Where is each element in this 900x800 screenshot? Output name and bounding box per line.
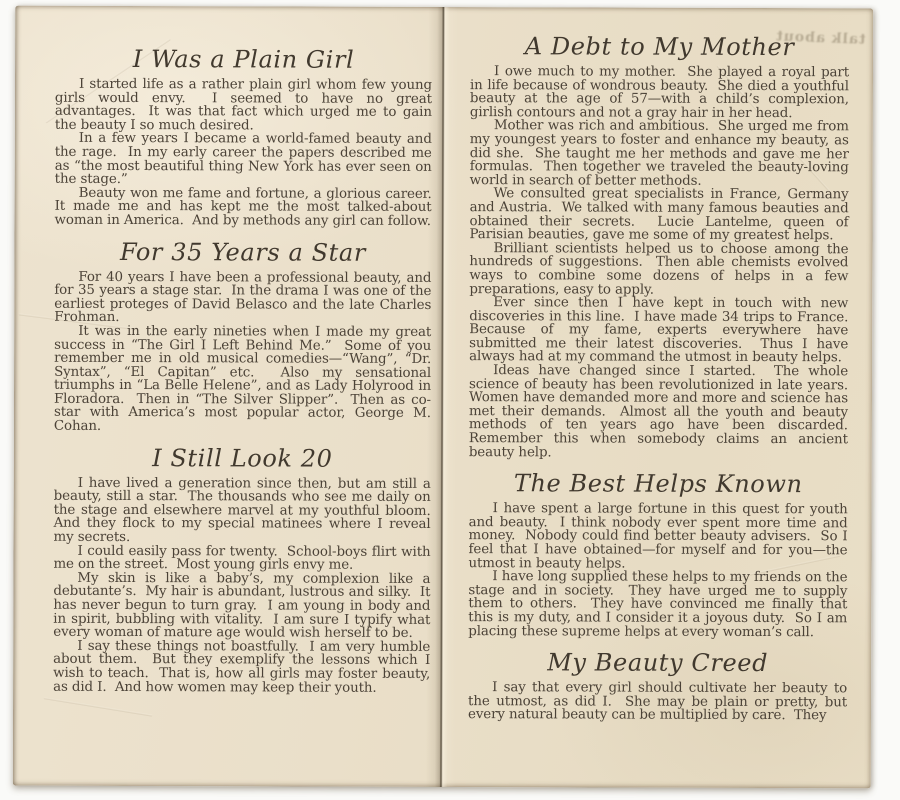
paragraph: I owe much to my mother. She played a ro… (470, 65, 849, 121)
scanned-booklet: I Was a Plain Girl I started life as a r… (0, 0, 900, 800)
section-heading: For 35 Years a Star (54, 236, 431, 267)
page-left: I Was a Plain Girl I started life as a r… (13, 6, 444, 787)
paragraph: Beauty won me fame and fortune, a glorio… (55, 187, 432, 229)
paragraph: Brilliant scientists helped us to choose… (469, 242, 848, 298)
paragraph: Mother was rich and ambitious. She urged… (470, 119, 849, 188)
section-heading: I Was a Plain Girl (55, 44, 432, 75)
section-heading: I Still Look 20 (54, 442, 431, 473)
bleed-through-text: talk about (775, 28, 866, 47)
section-heading: The Best Helps Known (469, 468, 848, 499)
paragraph: My skin is like a baby’s, my complexion … (53, 572, 430, 641)
paragraph: I could easily pass for twenty. School-b… (53, 544, 430, 572)
paragraph: I say these things not boastfully. I am … (53, 640, 430, 696)
paragraph: For 40 years I have been a professional … (54, 270, 431, 326)
paragraph: Ever since then I have kept in touch wit… (469, 296, 848, 365)
booklet-spread: I Was a Plain Girl I started life as a r… (13, 6, 873, 789)
section-heading: My Beauty Creed (468, 647, 847, 678)
paragraph: In a few years I became a world-famed be… (55, 132, 432, 188)
paragraph: I have spent a large fortune in this que… (468, 502, 847, 571)
booklet-paper: I Was a Plain Girl I started life as a r… (13, 6, 873, 789)
paragraph: Ideas have changed since I started. The … (469, 364, 848, 460)
paragraph: I say that every girl should cultivate h… (468, 681, 847, 723)
paragraph: I have lived a generation since then, bu… (54, 476, 431, 545)
paragraph: It was in the early nineties when I made… (54, 325, 431, 435)
paragraph: I have long supplied these helps to my f… (468, 570, 847, 639)
paragraph: We consulted great specialists in France… (469, 187, 848, 243)
page-right: talk about A Debt to My Mother I owe muc… (442, 7, 873, 788)
paragraph: I started life as a rather plain girl wh… (55, 78, 432, 134)
